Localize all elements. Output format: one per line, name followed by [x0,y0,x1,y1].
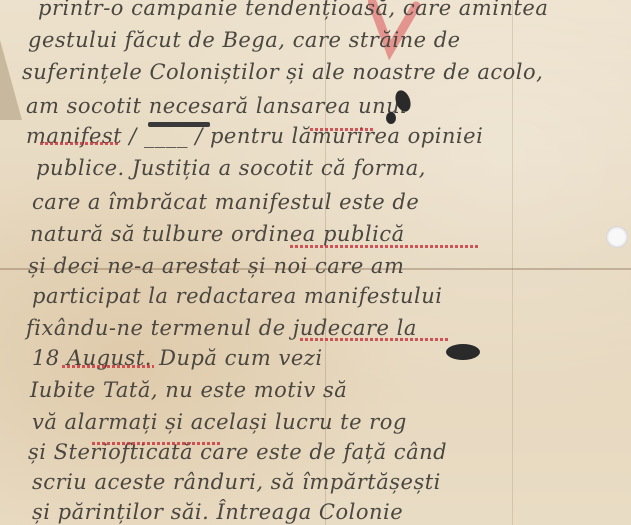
text-line: printr-o campanie tendențioasă, care ami… [38,0,548,20]
text-line: și Steriofticată care este de față când [28,440,447,464]
text-line: gestului făcut de Bega, care străine de [28,28,461,52]
text-line: vă alarmați și același lucru te rog [32,410,407,434]
text-line: suferințele Coloniștilor și ale noastre … [22,60,543,84]
text-line: am socotit necesară lansarea unui [26,94,407,118]
text-line: natură să tulbure ordinea publică [30,222,405,246]
red-underline [300,338,448,341]
text-line: publice. Justiția a socotit că forma, [36,156,426,180]
text-line: scriu aceste rânduri, să împărtășești [32,470,441,494]
red-underline [290,245,480,248]
red-underline [92,442,220,445]
strikethrough-word [148,122,210,127]
text-line: Iubite Tată, nu este motiv să [30,378,347,402]
red-underline [310,128,375,131]
text-line: care a îmbrăcat manifestul este de [32,190,419,214]
punch-hole [606,226,628,248]
text-line: și părinților săi. Întreaga Colonie [32,500,403,524]
ink-blot [446,344,480,360]
text-line: participat la redactarea manifestului [32,284,443,308]
text-line: fixându-ne termenul de judecare la [26,316,417,340]
red-underline [62,365,154,368]
ink-blot [386,112,396,124]
red-underline [40,142,118,145]
torn-edge [0,40,22,120]
text-line: și deci ne-a arestat și noi care am [28,254,404,278]
